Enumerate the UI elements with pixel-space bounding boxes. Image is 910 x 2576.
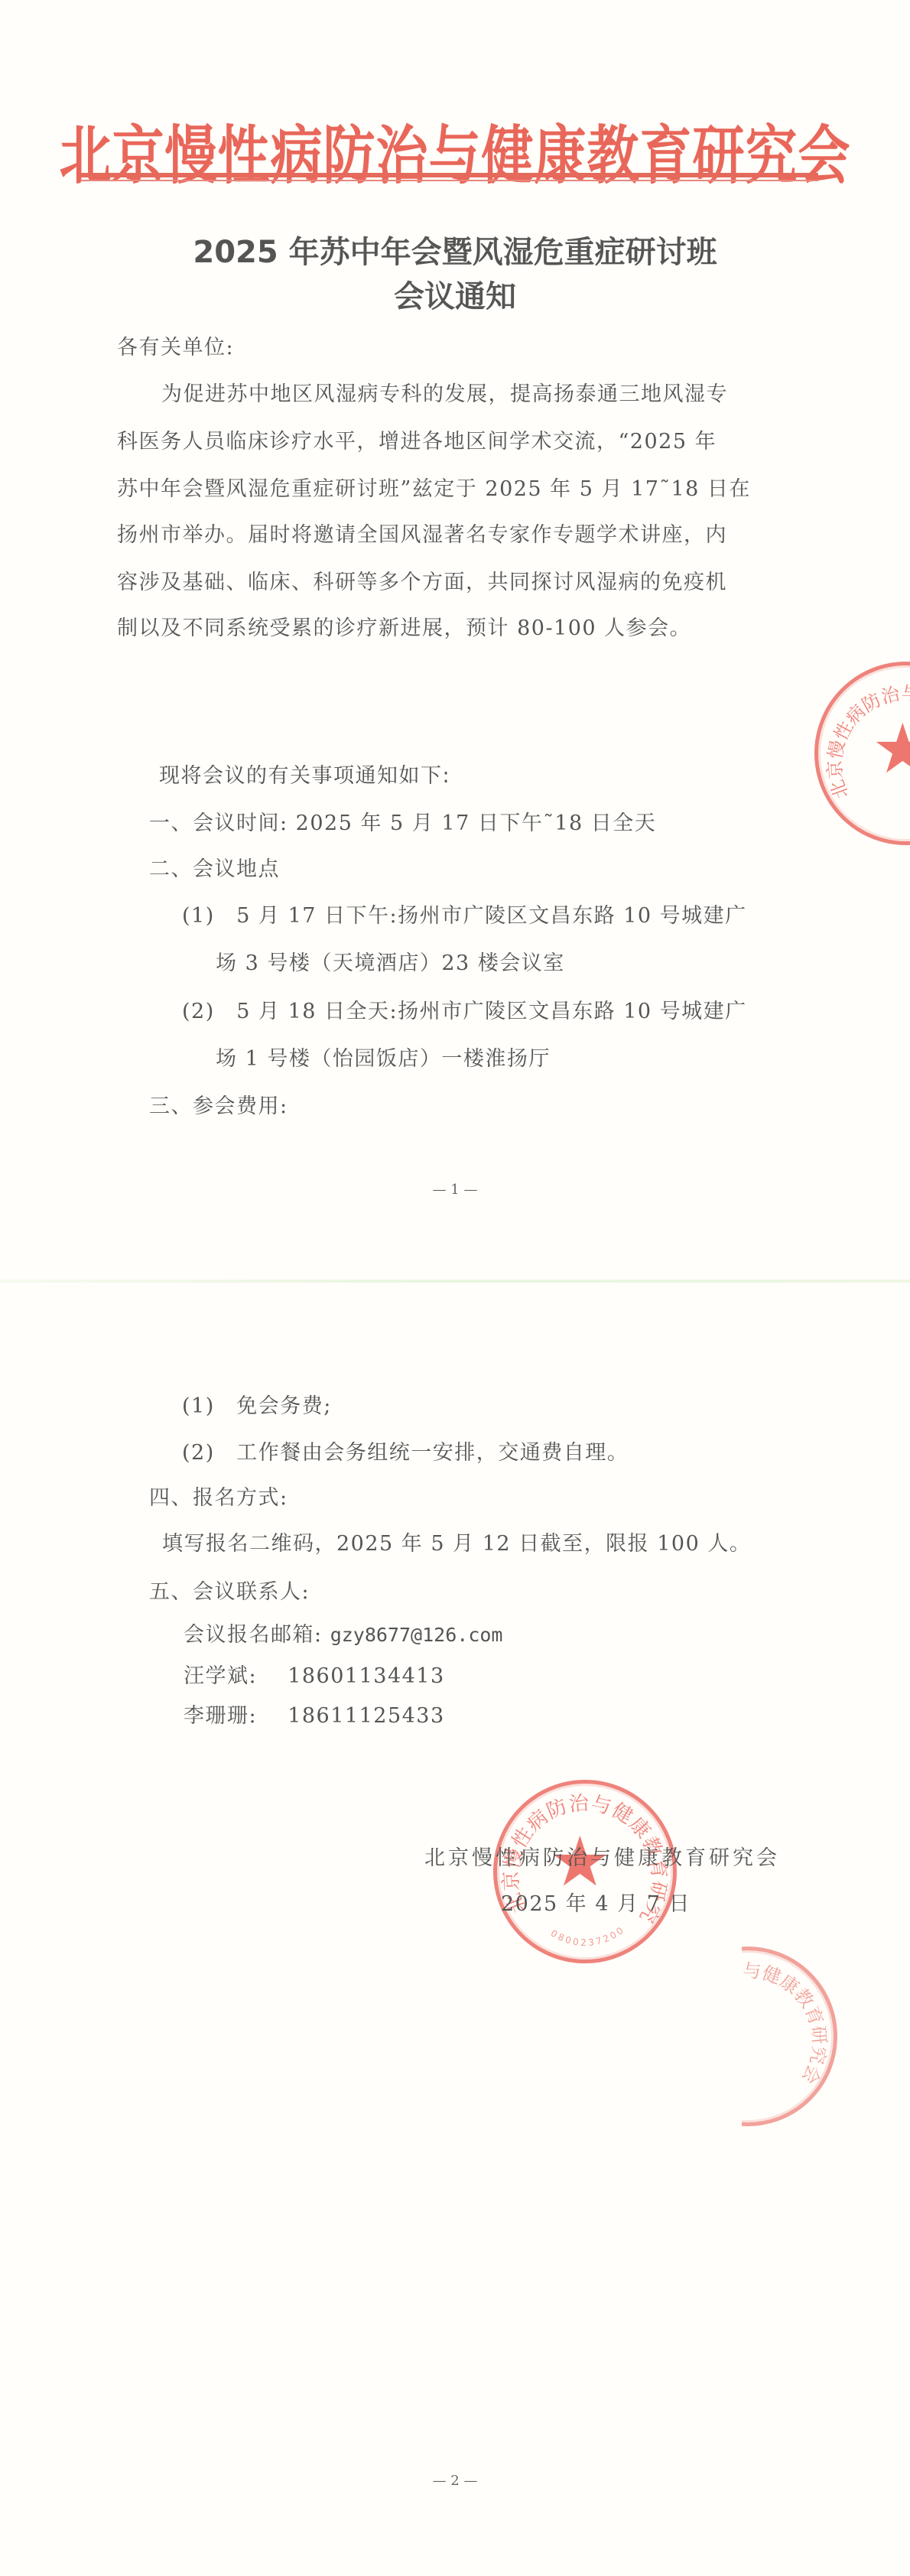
intro-line: 为促进苏中地区风湿病专科的发展，提高扬泰通三地风湿专	[161, 382, 728, 408]
contact-phone[interactable]: 18611125433	[288, 1704, 444, 1728]
notice-lead: 现将会议的有关事项通知如下:	[159, 763, 450, 789]
signature-date: 2025 年 4 月 7 日	[501, 1891, 691, 1917]
seal-icon: 北京慢性病防治与健康教育研究会 ★	[814, 662, 910, 845]
intro-line: 制以及不同系统受累的诊疗新进展，预计 80-100 人参会。	[117, 616, 691, 642]
contact-email-label: 会议报名邮箱:	[184, 1623, 323, 1647]
fee-item-1: (1) 免会务费;	[182, 1394, 332, 1420]
venue-item-2-cont: 场 1 号楼（怡园饭店）一楼淮扬厅	[216, 1046, 551, 1072]
section-fee-heading: 三、参会费用:	[149, 1094, 288, 1120]
section-registration-heading: 四、报名方式:	[149, 1485, 288, 1511]
signature-organization: 北京慢性病防治与健康教育研究会	[424, 1846, 780, 1872]
section-venue-heading: 二、会议地点	[149, 857, 280, 883]
contact-email-link[interactable]: gzy8677@126.com	[330, 1624, 503, 1646]
intro-line: 苏中年会暨风湿危重症研讨班”兹定于 2025 年 5 月 17˜18 日在	[117, 476, 751, 503]
letterhead-rule-thin	[80, 180, 818, 181]
contact-name: 李珊珊:	[184, 1704, 257, 1728]
fee-item-2: (2) 工作餐由会务组统一安排，交通费自理。	[182, 1440, 629, 1466]
contact-person-row: 李珊珊: 18611125433	[184, 1703, 445, 1729]
document-title: 2025 年苏中年会暨风湿危重症研讨班	[0, 228, 910, 272]
contact-name: 汪学斌:	[184, 1664, 257, 1688]
svg-text:0800237200: 0800237200	[549, 1924, 627, 1948]
page-number: — 2 —	[0, 2473, 910, 2489]
contact-phone[interactable]: 18601134413	[288, 1664, 444, 1688]
intro-line: 扬州市举办。届时将邀请全国风湿著名专家作专题学术讲座，内	[117, 522, 727, 548]
section-contacts-heading: 五、会议联系人:	[149, 1579, 310, 1605]
document-subtitle: 会议通知	[0, 272, 910, 316]
svg-text:北京慢性病防治与健康教育研究会: 北京慢性病防治与健康教育研究会	[742, 1960, 830, 2086]
contact-person-row: 汪学斌: 18601134413	[184, 1664, 445, 1690]
document-page-1: 北京慢性病防治与健康教育研究会 2025 年苏中年会暨风湿危重症研讨班 会议通知…	[0, 0, 910, 1281]
venue-item-1: (1) 5 月 17 日下午:扬州市广陵区文昌东路 10 号城建广	[182, 903, 747, 929]
seal-partial-page2: 北京慢性病防治与健康教育研究会	[742, 1940, 849, 2132]
official-seal-icon: 北京慢性病防治与健康教育研究会 0800237200 ★	[493, 1780, 677, 1963]
letterhead-rule-thick	[80, 173, 818, 177]
intro-line: 容涉及基础、临床、科研等多个方面，共同探讨风湿病的免疫机	[117, 570, 727, 596]
seal-icon: 北京慢性病防治与健康教育研究会	[742, 1947, 837, 2126]
seal-partial-page1: 北京慢性病防治与健康教育研究会 ★	[811, 658, 910, 849]
contact-email-row: 会议报名邮箱: gzy8677@126.com	[184, 1622, 502, 1648]
salutation: 各有关单位:	[117, 335, 234, 361]
document-page-2: (1) 免会务费; (2) 工作餐由会务组统一安排，交通费自理。 四、报名方式:…	[0, 1283, 910, 2576]
svg-text:北京慢性病防治与健康教育研究会: 北京慢性病防治与健康教育研究会	[824, 682, 910, 809]
section-time-heading: 一、会议时间: 2025 年 5 月 17 日下午˜18 日全天	[149, 811, 656, 837]
registration-body: 填写报名二维码，2025 年 5 月 12 日截至，限报 100 人。	[162, 1531, 751, 1557]
letterhead-organization: 北京慢性病防治与健康教育研究会	[0, 106, 910, 196]
venue-item-1-cont: 场 3 号楼（天境酒店）23 楼会议室	[216, 951, 565, 977]
intro-line: 科医务人员临床诊疗水平，增进各地区间学术交流，“2025 年	[117, 429, 717, 455]
page-number: — 1 —	[0, 1182, 910, 1198]
venue-item-2: (2) 5 月 18 日全天:扬州市广陵区文昌东路 10 号城建广	[182, 999, 747, 1025]
